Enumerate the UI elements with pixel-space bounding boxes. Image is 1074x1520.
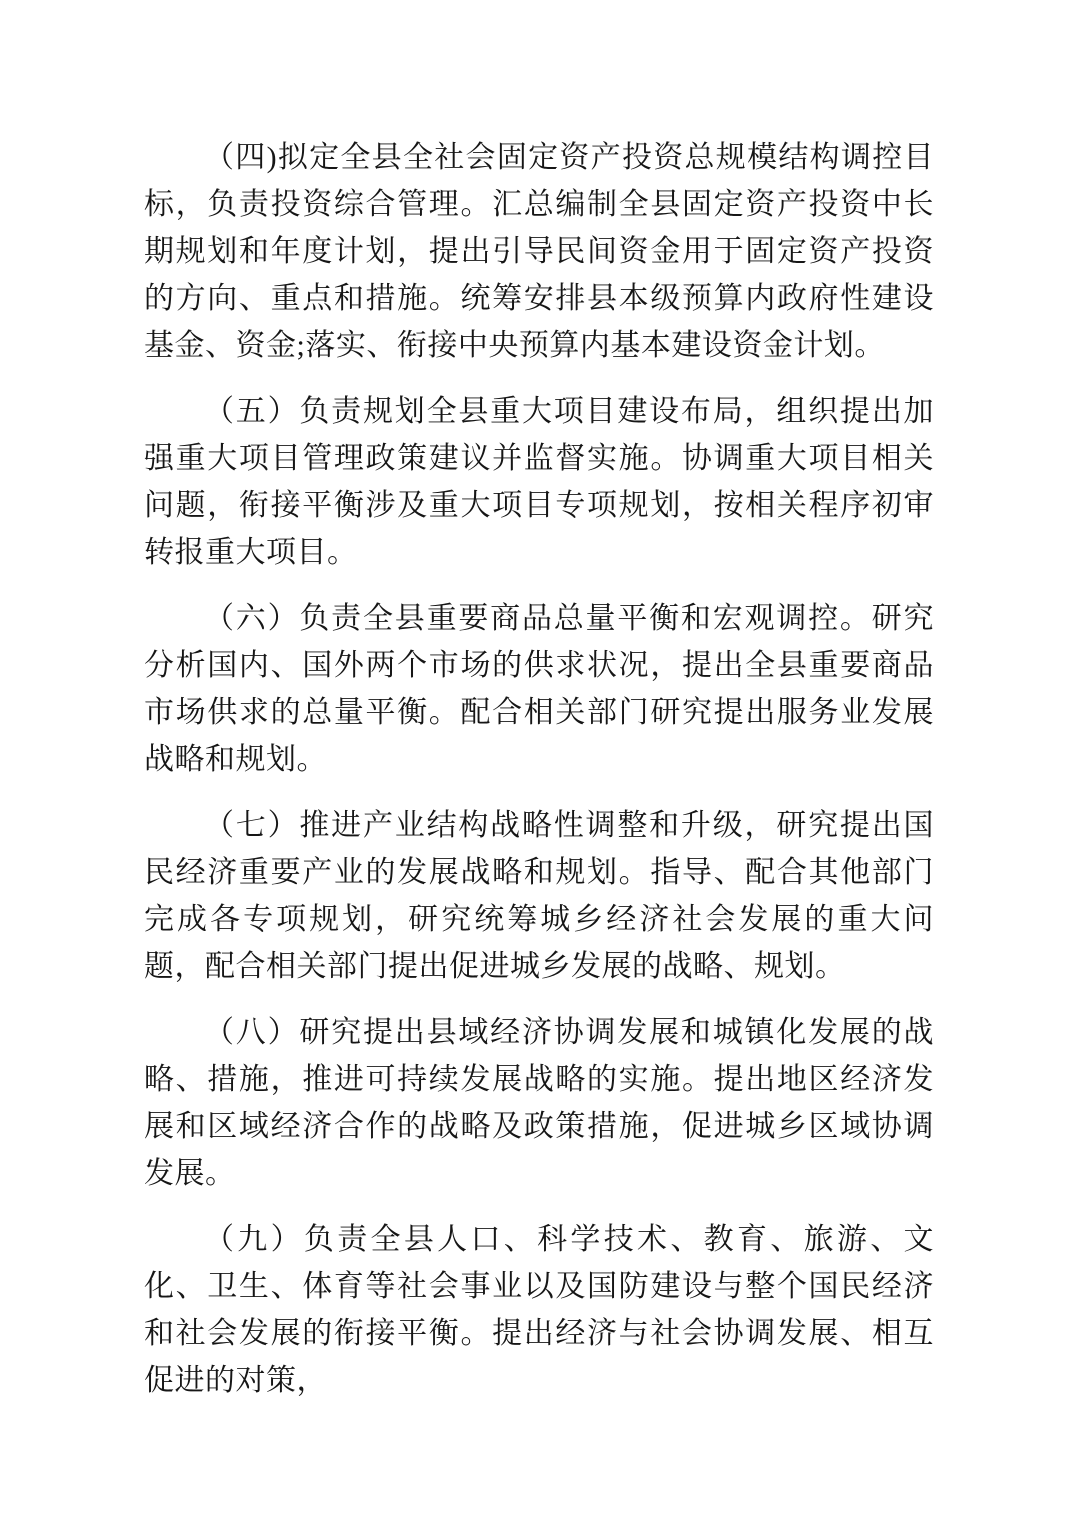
clause-paragraph-7: （七）推进产业结构战略性调整和升级，研究提出国民经济重要产业的发展战略和规划。指… bbox=[144, 802, 934, 990]
document-body: （四)拟定全县全社会固定资产投资总规模结构调控目标，负责投资综合管理。汇总编制全… bbox=[144, 134, 934, 1423]
clause-paragraph-9: （九）负责全县人口、科学技术、教育、旅游、文化、卫生、体育等社会事业以及国防建设… bbox=[144, 1216, 934, 1404]
document-page: （四)拟定全县全社会固定资产投资总规模结构调控目标，负责投资综合管理。汇总编制全… bbox=[0, 0, 1074, 1520]
clause-paragraph-8: （八）研究提出县域经济协调发展和城镇化发展的战略、措施，推进可持续发展战略的实施… bbox=[144, 1009, 934, 1197]
clause-paragraph-5: （五）负责规划全县重大项目建设布局，组织提出加强重大项目管理政策建议并监督实施。… bbox=[144, 388, 934, 576]
clause-paragraph-6: （六）负责全县重要商品总量平衡和宏观调控。研究分析国内、国外两个市场的供求状况，… bbox=[144, 595, 934, 783]
clause-paragraph-4: （四)拟定全县全社会固定资产投资总规模结构调控目标，负责投资综合管理。汇总编制全… bbox=[144, 134, 934, 369]
